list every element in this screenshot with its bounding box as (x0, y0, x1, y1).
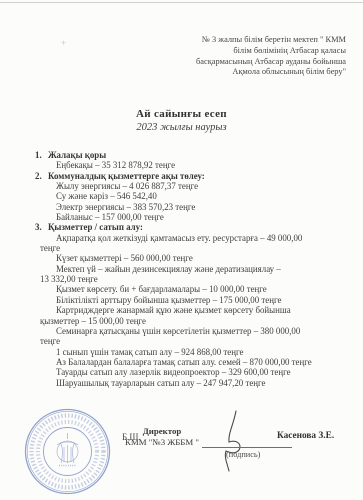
crop-mark: + (61, 38, 66, 48)
expense-list: 1.Жалақы қоры Еңбекақы – 35 312 878,92 т… (35, 150, 347, 388)
section-heading-text: Қызметтер / сатып алу: (48, 222, 143, 232)
letterhead-line: № 3 жалпы білім беретін мектеп " КММ (116, 35, 346, 46)
expense-item: Су және кәріз – 546 542,40 (35, 191, 347, 201)
expense-item: Мектеп үй – жайын дезинсекциялау және де… (35, 264, 347, 285)
expense-item: Біліктілікті арттыру бойынша қызметтер –… (35, 295, 347, 305)
director-title: Директор (116, 426, 208, 437)
expense-item: Еңбекақы – 35 312 878,92 теңге (35, 160, 347, 170)
scan-edge-artifact (0, 2, 363, 3)
expense-item: Қызмет көрсету. би + бағдарламалары – 10… (35, 284, 347, 294)
expense-item: Семинарға қатысқаны үшін көрсетілетін қы… (35, 326, 347, 347)
director-organization: КММ "№3 ЖББМ " (116, 437, 208, 448)
report-period: 2023 жылғы наурыз (0, 122, 363, 133)
section-number: 1. (35, 150, 45, 160)
expense-item: Ақпаратқа қол жеткізуді қамтамасыз ету. … (35, 233, 347, 254)
signature-caption: (подпись) (226, 450, 260, 459)
expense-item: Шаруашылық тауарларын сатып алу – 247 94… (35, 378, 347, 388)
expense-item: Электр энергиясы – 383 570,23 теңге (35, 202, 347, 212)
expense-item: Тауарды сатып алу лазерлік видеопроектор… (35, 367, 347, 377)
signer-name: Касенова З.Е. (277, 431, 334, 441)
letterhead-line: басқармасының Атбасар ауданы бойынша (116, 57, 346, 68)
section-heading: 3.Қызметтер / сатып алу: (35, 222, 347, 232)
expense-item: Картридждерге жанармай құю және қызмет к… (35, 305, 347, 326)
section-heading-text: Коммуналдық қызметтерге ақы төлеу: (48, 171, 205, 181)
letterhead-line: білім бөлімінің Атбасар қаласы (116, 46, 346, 57)
expense-item: 1 сынып үшін тамақ сатып алу – 924 868,0… (35, 347, 347, 357)
section-number: 2. (35, 171, 45, 181)
director-block: Директор КММ "№3 ЖББМ " (116, 426, 208, 448)
expense-item: Байланыс – 157 000,00 теңге (35, 212, 347, 222)
report-title: Ай сайынғы есеп (0, 108, 363, 120)
expense-item: Аз Балалардан балаларға тамақ сатып алу.… (35, 357, 347, 367)
expense-item: Жылу энергиясы – 4 026 887,37 теңге (35, 181, 347, 191)
letterhead-line: Ақмола облысының білім беру" (116, 67, 346, 78)
signature-block: Б.Ш. Директор КММ "№3 ЖББМ " (подпись) К… (0, 400, 363, 500)
letterhead: № 3 жалпы білім беретін мектеп " КММ біл… (116, 35, 346, 78)
official-stamp-icon (23, 407, 112, 496)
section-heading: 2.Коммуналдық қызметтерге ақы төлеу: (35, 171, 347, 181)
section-heading-text: Жалақы қоры (48, 150, 106, 160)
section-number: 3. (35, 222, 45, 232)
signature-line (202, 447, 292, 448)
section-heading: 1.Жалақы қоры (35, 150, 347, 160)
signature-scribble-icon (212, 410, 248, 472)
expense-item: Күзет қызметтері – 560 000,00 теңге (35, 253, 347, 263)
